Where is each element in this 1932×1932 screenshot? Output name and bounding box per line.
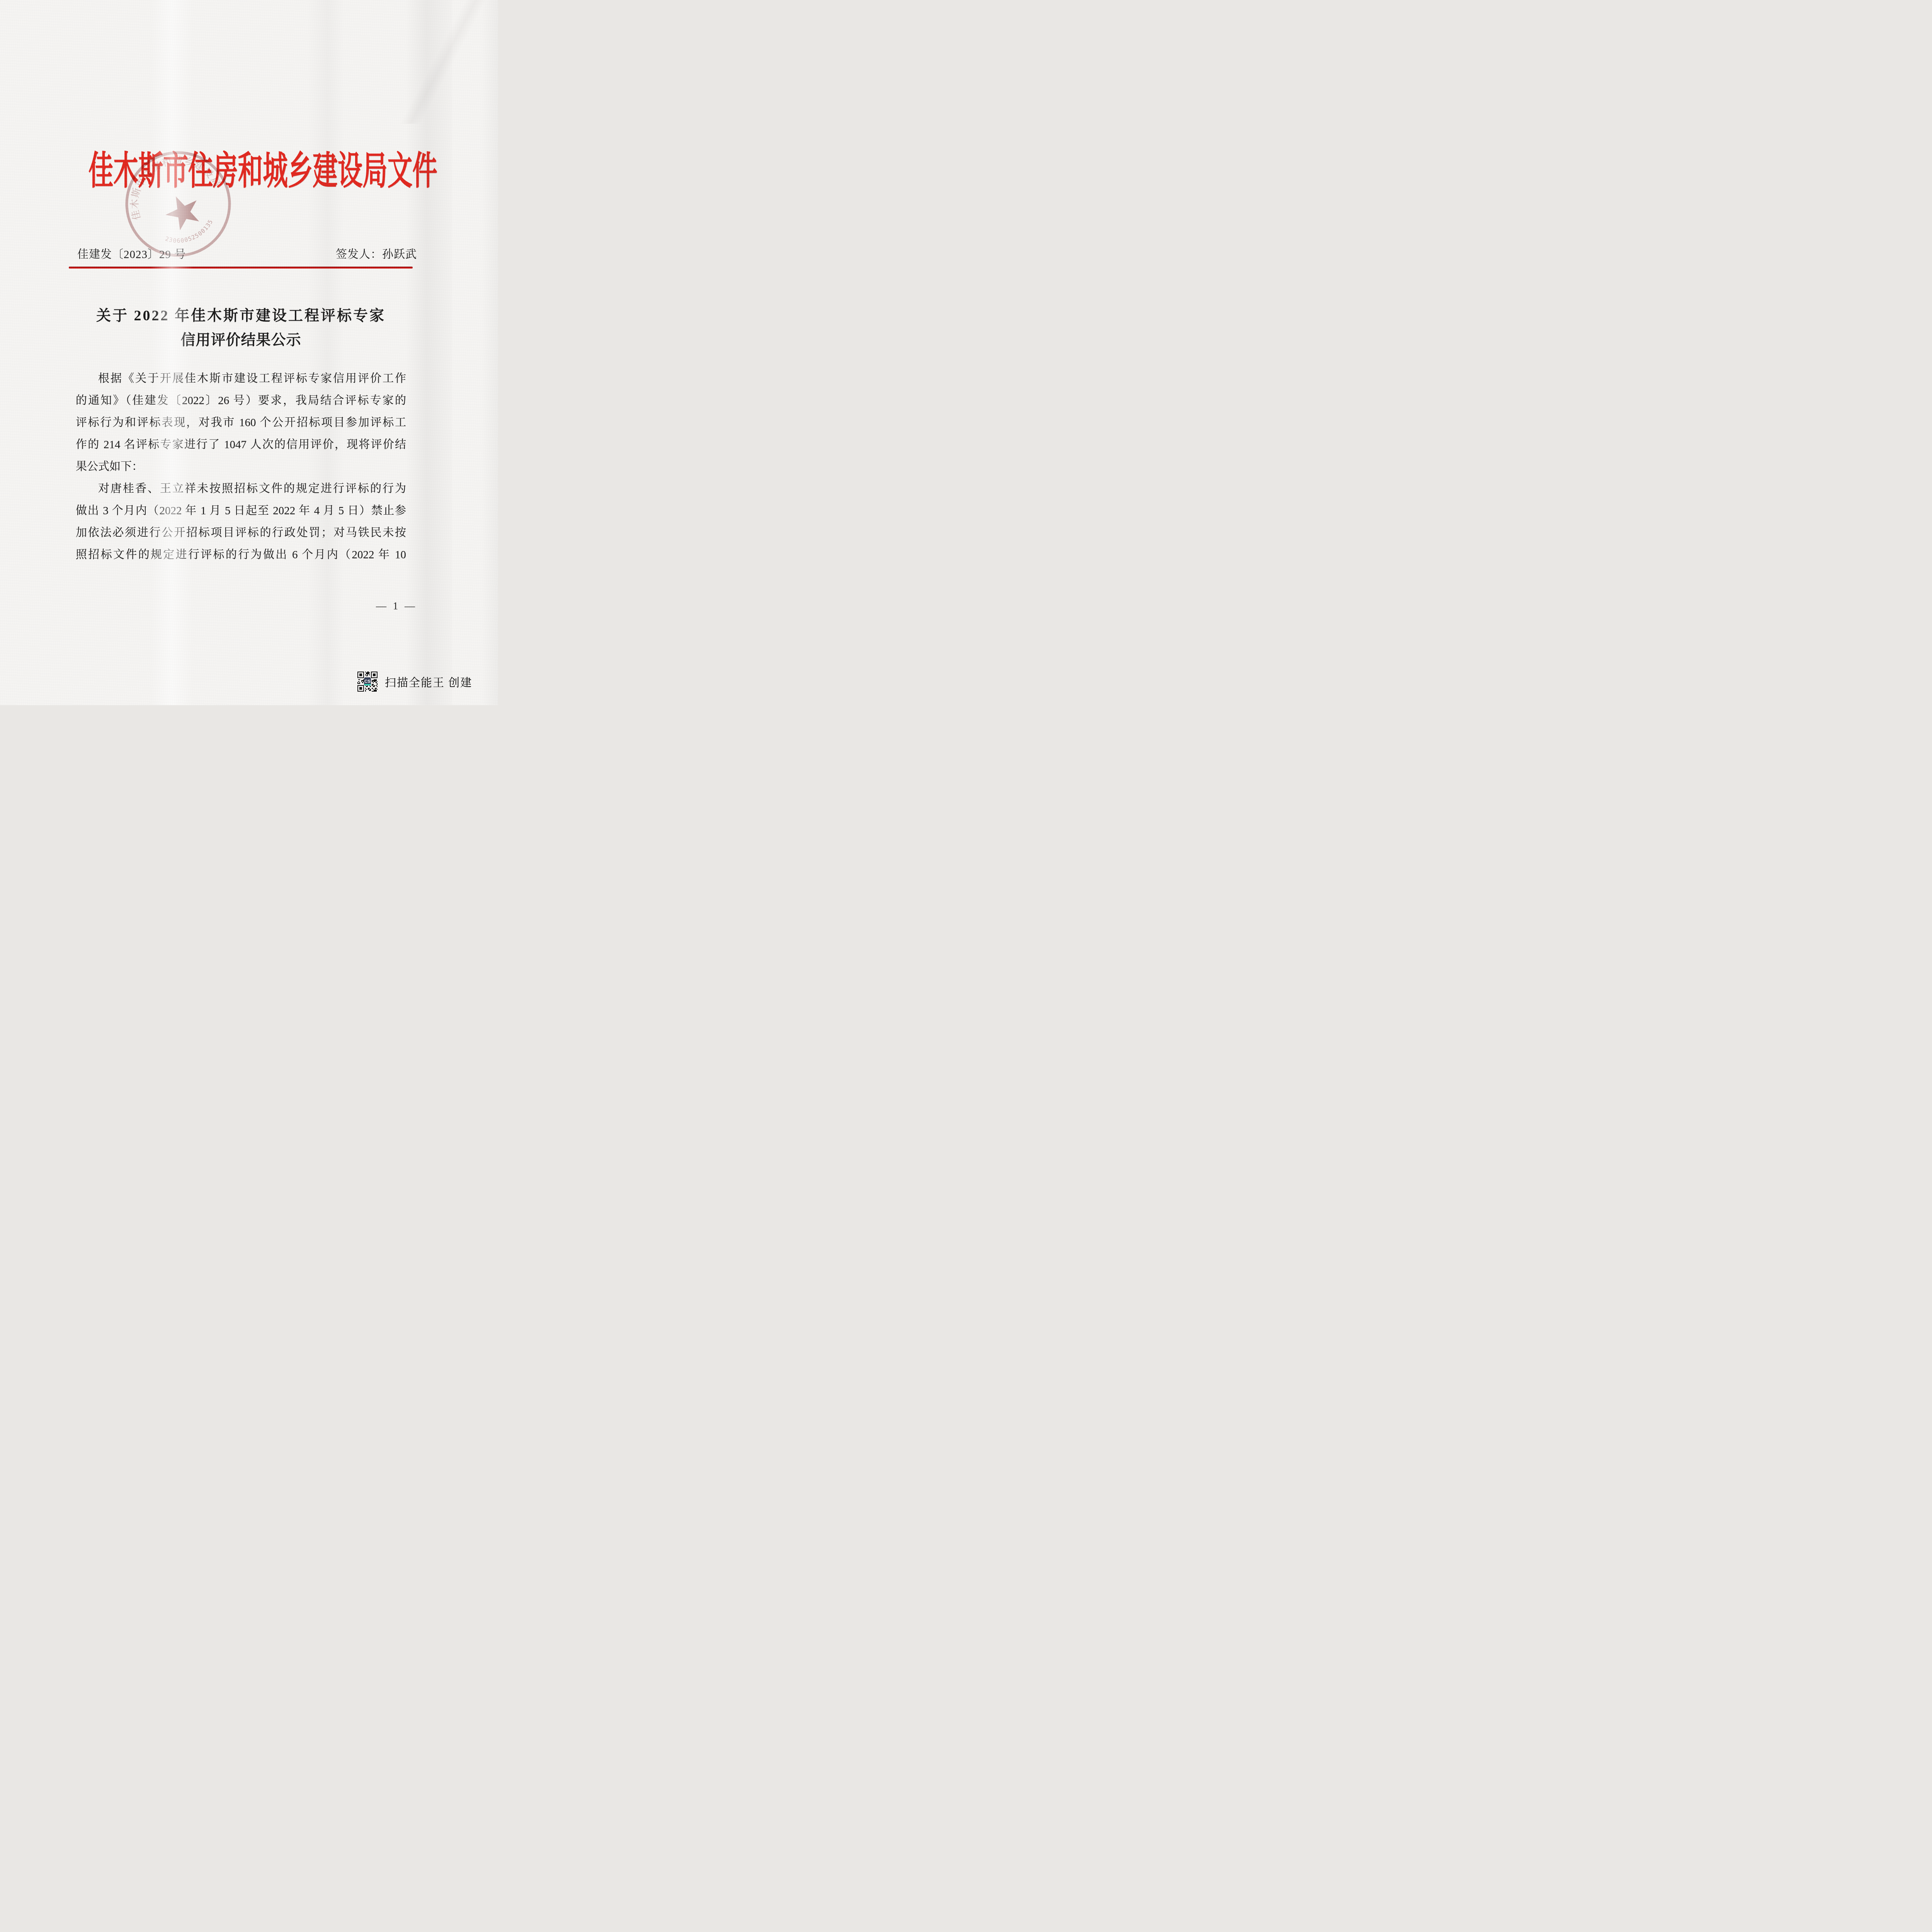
official-seal: 佳木斯市住房和城乡建设局 23060052500135 (120, 146, 236, 262)
scan-right-shadow (406, 0, 452, 705)
seal-star-icon (160, 189, 205, 233)
body-line: 的通知》（佳建发〔2022〕26 号）要求，我局结合评标专家的 (76, 390, 406, 412)
body-line: 做出 3 个月内（2022 年 1 月 5 日起至 2022 年 4 月 5 日… (76, 500, 406, 522)
body-line: 果公式如下： (76, 456, 406, 478)
qr-code-icon: CS (357, 672, 378, 692)
scan-right-edge-shadow (482, 0, 498, 705)
body-line: 加依法必须进行公开招标项目评标的行政处罚；对马铁民未按 (76, 522, 406, 544)
signer-name: 签发人：孙跃武 (336, 246, 417, 262)
body-line: 照招标文件的规定进行评标的行为做出 6 个月内（2022 年 10 (76, 544, 406, 566)
document-title-line1: 关于 2022 年佳木斯市建设工程评标专家 (76, 307, 406, 324)
paper-texture (0, 0, 498, 705)
scan-crease (388, 0, 498, 124)
document-title-line2: 信用评价结果公示 (76, 332, 406, 349)
camscanner-label: 扫描全能王 创建 (385, 674, 472, 690)
document-meta-row: 佳建发〔2023〕29 号 签发人：孙跃武 (0, 246, 498, 261)
body-line: 评标行为和评标表现，对我市 160 个公开招标项目参加评标工 (76, 412, 406, 434)
document-body: 根据《关于开展佳木斯市建设工程评标专家信用评价工作 的通知》（佳建发〔2022〕… (76, 368, 406, 566)
body-line: 对唐桂香、王立祥未按照招标文件的规定进行评标的行为 (76, 478, 406, 500)
body-line: 作的 214 名评标专家进行了 1047 人次的信用评价，现将评价结 (76, 434, 406, 456)
page-number: — 1 — (376, 600, 417, 612)
scanned-document-page: 佳木斯市住房和城乡建设局文件 佳木斯市住房和城乡建设局 230600525001… (0, 0, 498, 705)
document-title: 关于 2022 年佳木斯市建设工程评标专家 信用评价结果公示 (76, 307, 406, 349)
svg-text:23060052500135: 23060052500135 (162, 214, 218, 253)
red-divider-rule (69, 267, 413, 269)
scan-fold-shadow (307, 0, 344, 705)
svg-text:CS: CS (364, 679, 371, 684)
seal-code: 23060052500135 (162, 214, 218, 253)
camscanner-badge-icon: CS (364, 677, 371, 685)
body-line: 根据《关于开展佳木斯市建设工程评标专家信用评价工作 (76, 368, 406, 390)
scan-bright-band (151, 0, 193, 705)
